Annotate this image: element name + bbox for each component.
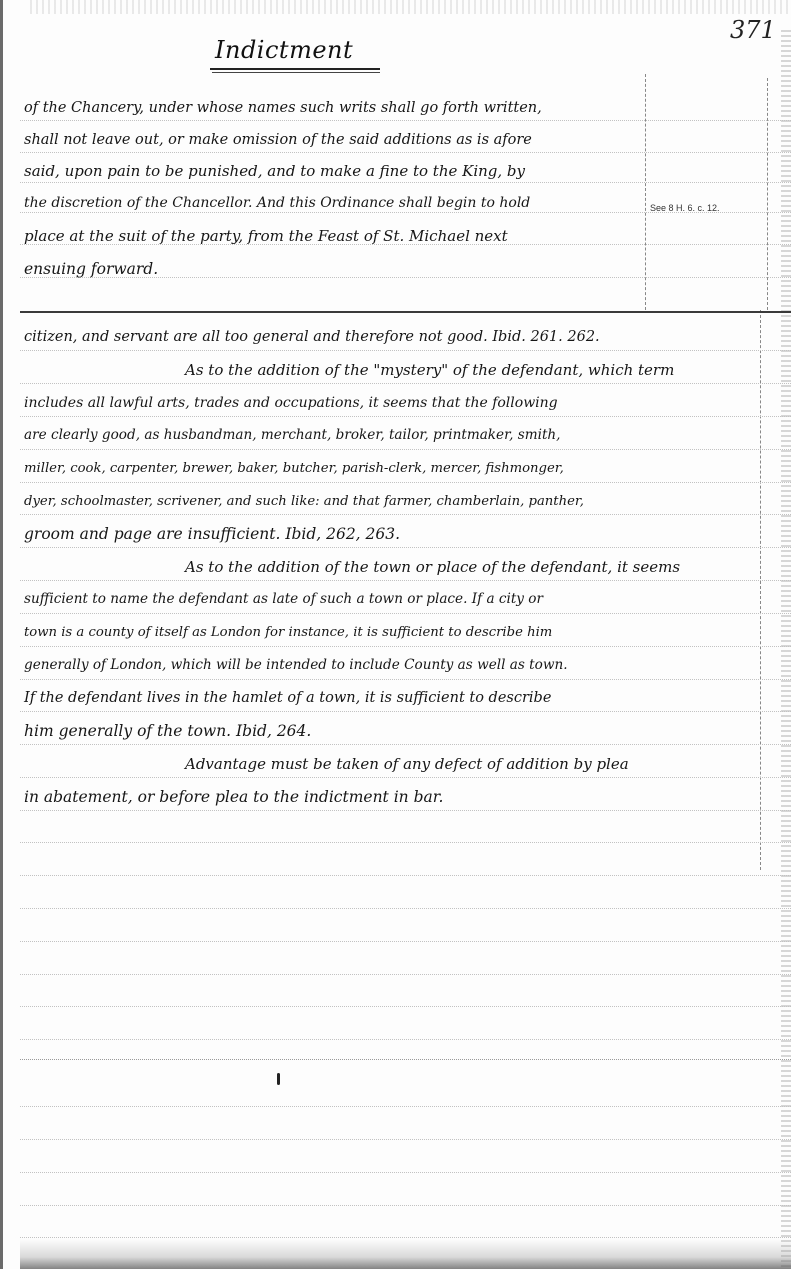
ruled-line xyxy=(20,842,791,843)
ruled-line xyxy=(20,350,791,351)
text-line: miller, cook, carpenter, brewer, baker, … xyxy=(24,462,564,475)
ink-blot xyxy=(277,1073,280,1085)
ruled-line xyxy=(20,1006,791,1007)
scan-right-edge xyxy=(781,30,791,1269)
page-number: 371 xyxy=(730,16,776,44)
text-line: ensuing forward. xyxy=(24,262,158,278)
scan-bottom-edge xyxy=(20,1239,791,1269)
ruled-line xyxy=(20,1106,791,1107)
ruled-line xyxy=(20,744,791,745)
text-line: town is a county of itself as London for… xyxy=(24,626,552,639)
ruled-line xyxy=(20,580,791,581)
text-line: the discretion of the Chancellor. And th… xyxy=(24,196,530,210)
ruled-line xyxy=(20,1237,791,1238)
text-line: includes all lawful arts, trades and occ… xyxy=(24,396,558,410)
text-line: of the Chancery, under whose names such … xyxy=(24,101,542,116)
margin-rule xyxy=(645,74,646,310)
text-line: Advantage must be taken of any defect of… xyxy=(185,757,629,772)
page-heading: Indictment xyxy=(215,36,353,64)
heading-underline xyxy=(210,68,380,70)
ruled-line xyxy=(20,974,791,975)
text-line: groom and page are insufficient. Ibid, 2… xyxy=(24,527,400,543)
margin-rule xyxy=(760,310,761,870)
text-line: sufficient to name the defendant as late… xyxy=(24,593,543,607)
heading-underline xyxy=(212,72,380,73)
ruled-line xyxy=(20,1039,791,1040)
ruled-line xyxy=(20,416,791,417)
ruled-line xyxy=(20,711,791,712)
text-line: him generally of the town. Ibid, 264. xyxy=(24,724,311,740)
ruled-line xyxy=(20,152,791,153)
ruled-line xyxy=(20,482,791,483)
margin-citation: See 8 H. 6. c. 12. xyxy=(650,203,720,213)
ruled-line xyxy=(20,1059,791,1060)
ruled-line xyxy=(20,613,791,614)
text-line: place at the suit of the party, from the… xyxy=(24,229,508,244)
text-line: are clearly good, as husbandman, merchan… xyxy=(24,429,561,443)
ruled-line xyxy=(20,120,791,121)
ruled-line xyxy=(20,646,791,647)
margin-rule xyxy=(767,78,768,310)
section-divider xyxy=(20,311,791,313)
text-line: dyer, schoolmaster, scrivener, and such … xyxy=(24,495,584,508)
scan-top-noise xyxy=(30,0,791,14)
text-line: generally of London, which will be inten… xyxy=(24,659,568,673)
ruled-line xyxy=(20,1139,791,1140)
text-line: said, upon pain to be punished, and to m… xyxy=(24,164,525,179)
ruled-line xyxy=(20,1205,791,1206)
ruled-line xyxy=(20,810,791,811)
ruled-line xyxy=(20,679,791,680)
ruled-line xyxy=(20,777,791,778)
ruled-line xyxy=(20,383,791,384)
ruled-line xyxy=(20,941,791,942)
text-line: As to the addition of the town or place … xyxy=(185,560,680,575)
ruled-line xyxy=(20,514,791,515)
text-line: shall not leave out, or make omission of… xyxy=(24,133,532,148)
text-line: citizen, and servant are all too general… xyxy=(24,330,600,345)
text-line: in abatement, or before plea to the indi… xyxy=(24,790,443,806)
ruled-line xyxy=(20,547,791,548)
ruled-line xyxy=(20,908,791,909)
manuscript-page: 371 Indictment of the Chancery, under wh… xyxy=(0,0,791,1269)
ruled-line xyxy=(20,449,791,450)
text-line: As to the addition of the "mystery" of t… xyxy=(185,363,674,378)
ruled-line xyxy=(20,1172,791,1173)
text-line: If the defendant lives in the hamlet of … xyxy=(24,691,551,706)
ruled-line xyxy=(20,875,791,876)
ruled-line xyxy=(20,182,791,183)
scan-left-edge xyxy=(0,0,3,1269)
